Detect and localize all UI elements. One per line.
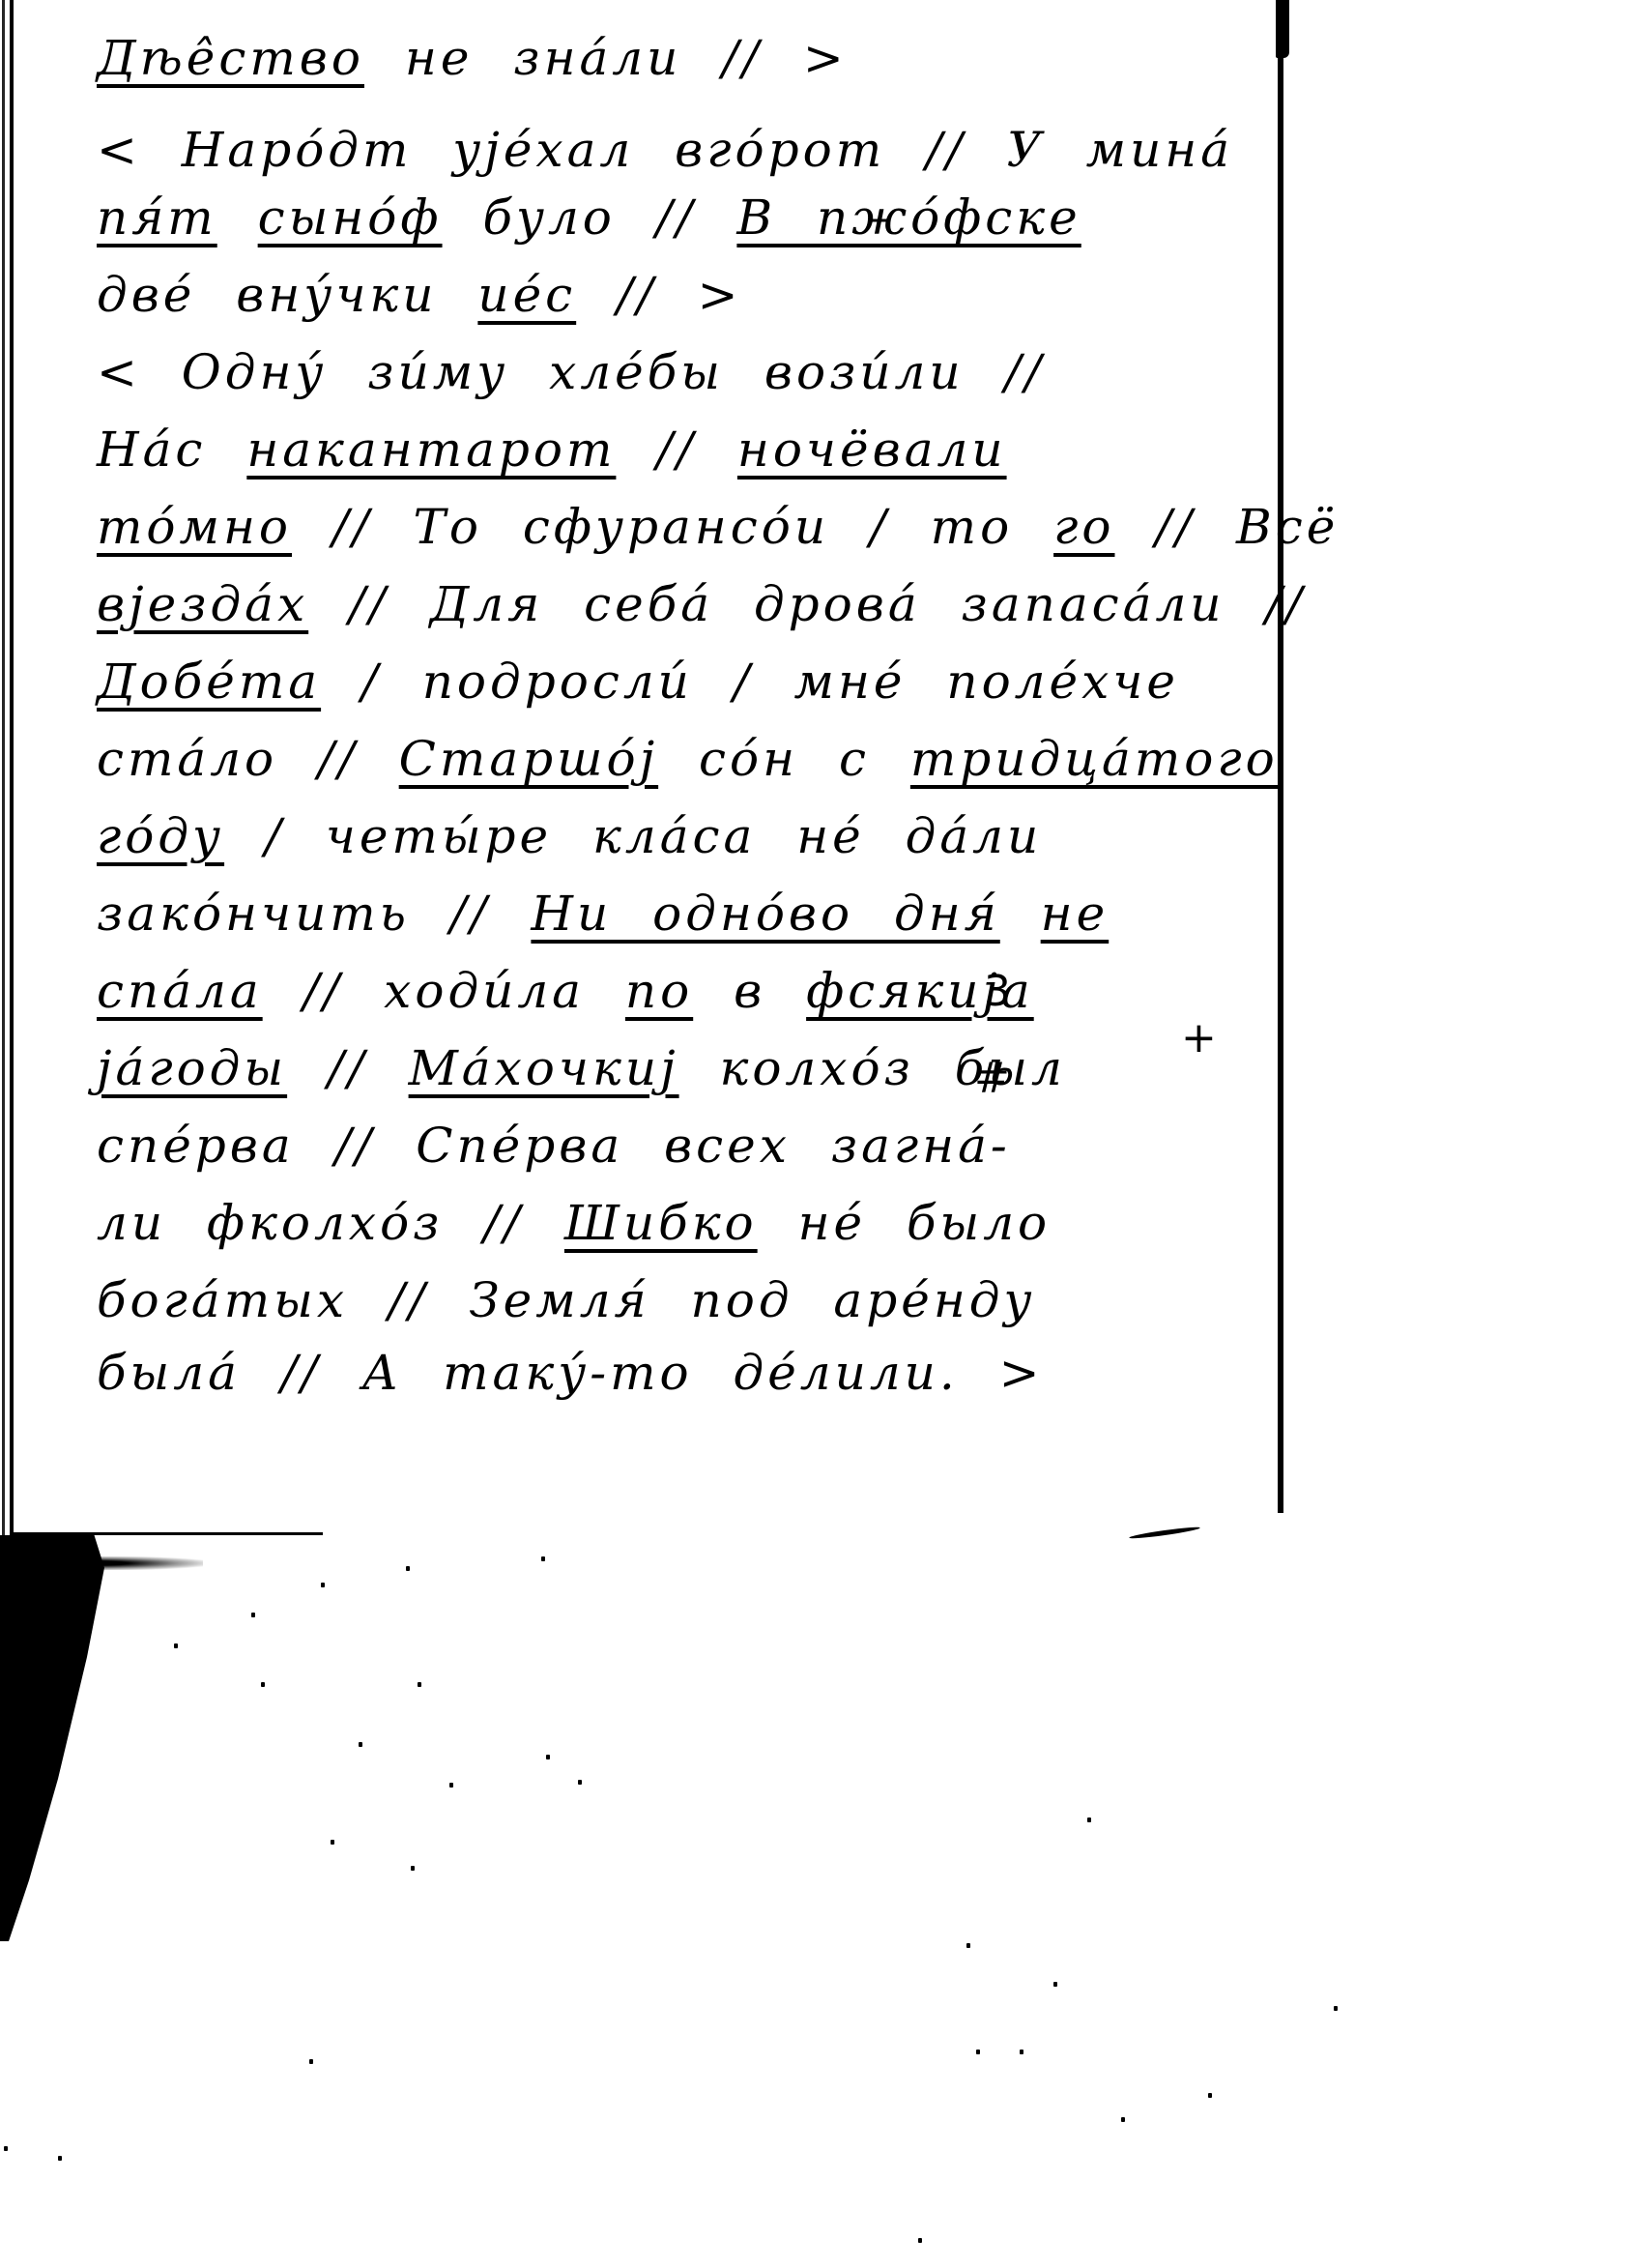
margin-mark: # bbox=[974, 1054, 1010, 1103]
underlined-word: накантарот bbox=[246, 422, 616, 478]
text-segment: ста́ло // bbox=[97, 731, 399, 787]
binding-edge-outer bbox=[2, 0, 5, 1537]
scan-speck bbox=[1053, 1982, 1057, 1987]
scan-speck bbox=[1020, 2050, 1023, 2054]
text-segment: було // bbox=[443, 189, 737, 246]
scan-speck bbox=[546, 1755, 550, 1759]
scan-speck bbox=[976, 2050, 980, 2054]
text-segment: // То сфурансо́и / то bbox=[292, 499, 1053, 555]
underlined-word: не bbox=[1041, 886, 1110, 942]
scan-speck bbox=[1087, 1817, 1091, 1822]
scan-speck bbox=[541, 1556, 545, 1561]
text-segment: ли фколхо́з // bbox=[97, 1195, 564, 1251]
text-line: ли фколхо́з // Шибко не́ было bbox=[97, 1199, 1051, 1247]
underlined-word: jа́годы bbox=[97, 1040, 287, 1096]
underlined-word: Добе́та bbox=[97, 654, 321, 710]
scan-speck bbox=[251, 1613, 255, 1617]
underlined-word: по bbox=[625, 963, 693, 1019]
scan-speck bbox=[321, 1583, 325, 1587]
text-line: спа́ла // ходи́ла по в фсякиjа bbox=[97, 967, 1034, 1015]
scan-speck bbox=[1208, 2093, 1212, 2098]
text-line: вjезда́х // Для себа́ дрова́ запаса́ли /… bbox=[97, 580, 1306, 628]
text-segment: // bbox=[287, 1040, 408, 1096]
underlined-word: го bbox=[1053, 499, 1114, 555]
text-line: < Наро́дт уjе́хал вго́рот // У мина́ bbox=[97, 126, 1233, 174]
text-segment: // bbox=[616, 422, 736, 478]
page-border-bottom bbox=[14, 1532, 323, 1535]
scan-speck bbox=[1121, 2117, 1125, 2122]
underlined-word: тридца́того bbox=[910, 731, 1279, 787]
text-segment: // ходи́ла bbox=[263, 963, 625, 1019]
text-line: зако́нчить // Ни одно́во дня́ не bbox=[97, 889, 1109, 938]
binding-edge-line bbox=[10, 0, 14, 1537]
text-segment: На́с bbox=[97, 422, 246, 478]
text-line: спе́рва // Спе́рва всех загна́- bbox=[97, 1121, 1011, 1170]
scan-speck bbox=[58, 2156, 62, 2161]
text-segment: в bbox=[693, 963, 806, 1019]
scan-speck bbox=[918, 2238, 922, 2243]
scan-speck bbox=[406, 1566, 410, 1571]
underlined-word: вjезда́х bbox=[97, 576, 308, 632]
text-segment: не́ было bbox=[758, 1195, 1052, 1251]
underlined-word: Ни одно́во дня́ bbox=[531, 886, 999, 942]
text-segment: не зна́ли // > bbox=[364, 30, 848, 86]
scan-speck bbox=[411, 1866, 415, 1871]
underlined-word: сыно́ф bbox=[258, 189, 443, 246]
scan-speck bbox=[174, 1643, 178, 1648]
underlined-word: го́ду bbox=[97, 808, 224, 864]
text-line: Дѣе̂ство не зна́ли // > bbox=[97, 34, 848, 82]
underlined-word: Дѣе̂ство bbox=[97, 30, 364, 86]
text-line: две́ вну́чки ие́с // > bbox=[97, 271, 742, 319]
scan-speck bbox=[4, 2146, 8, 2151]
text-segment: со́н с bbox=[658, 731, 910, 787]
text-line: jа́годы // Ма́хочкиj колхо́з был bbox=[97, 1044, 1066, 1092]
text-segment: // > bbox=[576, 267, 741, 323]
scan-speck bbox=[359, 1742, 362, 1747]
underlined-word: спа́ла bbox=[97, 963, 263, 1019]
underlined-word: Ма́хочкиj bbox=[409, 1040, 679, 1096]
underlined-word: ночёвали bbox=[737, 422, 1007, 478]
text-segment: / четы́ре кла́са не́ да́ли bbox=[224, 808, 1042, 864]
underlined-word: Шибко bbox=[564, 1195, 758, 1251]
page-border-right bbox=[1278, 0, 1283, 1513]
text-segment bbox=[1000, 886, 1041, 942]
text-line: то́мно // То сфурансо́и / то го // Всё bbox=[97, 503, 1339, 551]
scan-shadow bbox=[0, 1535, 145, 1941]
text-line: ста́ло // Старшо́j со́н с тридца́того bbox=[97, 735, 1279, 783]
underlined-word: ие́с bbox=[477, 267, 576, 323]
text-segment: < Наро́дт уjе́хал вго́рот // У мина́ bbox=[97, 122, 1233, 178]
scan-shadow-noise bbox=[87, 1556, 203, 1570]
scan-speck bbox=[449, 1783, 453, 1788]
text-segment: была́ // А таку́-то де́лили. > bbox=[97, 1345, 1044, 1401]
underlined-word: Старшо́j bbox=[399, 731, 658, 787]
scan-speck bbox=[966, 1943, 970, 1948]
text-line: Добе́та / подросли́ / мне́ поле́хче bbox=[97, 657, 1179, 706]
text-line: На́с накантарот // ночёвали bbox=[97, 425, 1007, 474]
text-line: пя́т сыно́ф було // В пжо́фске bbox=[97, 193, 1081, 242]
scan-speck bbox=[331, 1840, 334, 1845]
scan-speck bbox=[578, 1780, 582, 1785]
text-segment: / подросли́ / мне́ поле́хче bbox=[321, 654, 1179, 710]
text-line: была́ // А таку́-то де́лили. > bbox=[97, 1349, 1044, 1397]
page-corner-stroke bbox=[1129, 1526, 1200, 1540]
scanned-page: Дѣе̂ство не зна́ли // >< Наро́дт уjе́хал… bbox=[0, 0, 1643, 2268]
underlined-word: то́мно bbox=[97, 499, 292, 555]
text-segment: две́ вну́чки bbox=[97, 267, 477, 323]
scan-speck bbox=[1334, 2006, 1338, 2011]
text-line: го́ду / четы́ре кла́са не́ да́ли bbox=[97, 812, 1042, 860]
text-segment bbox=[217, 189, 258, 246]
text-line: < Одну́ зи́му хле́бы вози́ли // bbox=[97, 348, 1045, 396]
text-segment: // Для себа́ дрова́ запаса́ли // bbox=[308, 576, 1306, 632]
scan-speck bbox=[418, 1682, 421, 1687]
underlined-word: В пжо́фске bbox=[736, 189, 1081, 246]
text-segment: < Одну́ зи́му хле́бы вози́ли // bbox=[97, 344, 1045, 400]
text-line: бога́тых // Земля́ под аре́нду bbox=[97, 1276, 1035, 1324]
margin-mark: 3 bbox=[984, 967, 1011, 1016]
text-segment: бога́тых // Земля́ под аре́нду bbox=[97, 1272, 1035, 1328]
text-segment: // Всё bbox=[1114, 499, 1339, 555]
scan-speck bbox=[261, 1682, 265, 1687]
margin-mark: + bbox=[1181, 1013, 1217, 1062]
text-segment: зако́нчить // bbox=[97, 886, 531, 942]
scan-speck bbox=[309, 2059, 313, 2064]
text-segment: спе́рва // Спе́рва всех загна́- bbox=[97, 1118, 1011, 1174]
underlined-word: пя́т bbox=[97, 189, 217, 246]
